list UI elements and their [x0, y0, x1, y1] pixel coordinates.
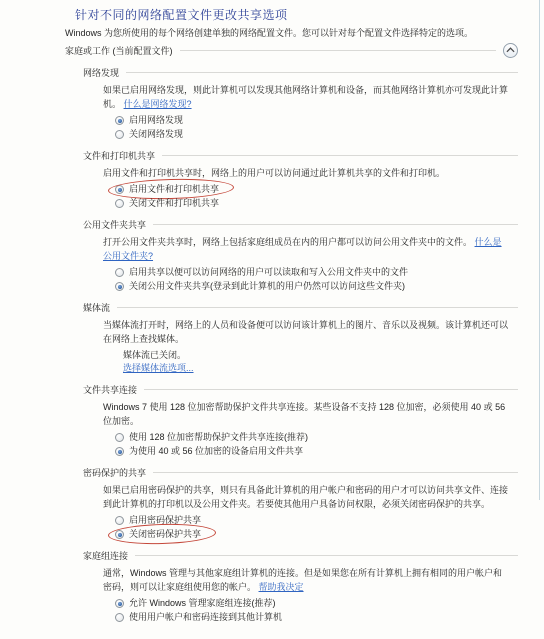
section-password-protected-sharing: 密码保护的共享 如果已启用密码保护的共享，则只有具备此计算机的用户帐户和密码的用… [65, 466, 518, 541]
page-subtitle: Windows 为您所使用的每个网络创建单独的网络配置文件。您可以针对每个配置文… [65, 28, 518, 39]
section-title: 家庭组连接 [83, 549, 128, 562]
radio-option-disable-network-discovery[interactable]: 关闭网络发现 [115, 128, 183, 141]
section-description: 启用文件和打印机共享时，网络上的用户可以访问通过此计算机共享的文件和打印机。 [103, 166, 508, 180]
radio-option-disable-password-protected-sharing[interactable]: 关闭密码保护共享 [115, 528, 201, 541]
page-title: 针对不同的网络配置文件更改共享选项 [75, 8, 518, 23]
radio-option-enable-file-printer-sharing[interactable]: 启用文件和打印机共享 [115, 183, 219, 196]
radio-icon[interactable] [115, 130, 124, 139]
radio-option-disable-public-folder-sharing[interactable]: 关闭公用文件夹共享(登录到此计算机的用户仍然可以访问这些文件夹) [115, 280, 405, 293]
section-network-discovery: 网络发现 如果已启用网络发现，则此计算机可以发现其他网络计算机和设备，而其他网络… [65, 66, 518, 141]
section-file-sharing-connections: 文件共享连接 Windows 7 使用 128 位加密帮助保护文件共享连接。某些… [65, 383, 518, 458]
radio-icon[interactable] [115, 116, 124, 125]
whats-network-discovery-link[interactable]: 什么是网络发现? [124, 99, 192, 109]
radio-icon[interactable] [115, 433, 124, 442]
radio-icon[interactable] [115, 199, 124, 208]
help-me-decide-link[interactable]: 帮助我决定 [259, 582, 304, 592]
chevron-up-icon [506, 47, 515, 53]
section-title: 密码保护的共享 [83, 466, 146, 479]
divider [162, 155, 518, 156]
section-description: 打开公用文件夹共享时，网络上包括家庭组成员在内的用户都可以访问公用文件夹中的文件… [103, 235, 508, 263]
radio-option-disable-file-printer-sharing[interactable]: 关闭文件和打印机共享 [115, 197, 219, 210]
profile-group-header: 家庭或工作 (当前配置文件) [65, 42, 518, 58]
radio-option-128bit-encryption[interactable]: 使用 128 位加密帮助保护文件共享连接(推荐) [115, 431, 308, 444]
section-description: Windows 7 使用 128 位加密帮助保护文件共享连接。某些设备不支持 1… [103, 400, 508, 428]
section-homegroup-connections: 家庭组连接 通常，Windows 管理与其他家庭组计算机的连接。但是如果您在所有… [65, 549, 518, 624]
collapse-section-button[interactable] [503, 43, 518, 58]
section-title: 网络发现 [83, 66, 119, 79]
section-title: 媒体流 [83, 301, 110, 314]
divider [135, 555, 518, 556]
radio-option-enable-public-folder-sharing[interactable]: 启用共享以便可以访问网络的用户可以读取和写入公用文件夹中的文件 [115, 266, 408, 279]
section-description: 如果已启用网络发现，则此计算机可以发现其他网络计算机和设备，而其他网络计算机亦可… [103, 83, 508, 111]
section-title: 文件共享连接 [83, 383, 137, 396]
radio-option-enable-password-protected-sharing[interactable]: 启用密码保护共享 [115, 514, 201, 527]
section-title: 公用文件夹共享 [83, 218, 146, 231]
section-description: 通常，Windows 管理与其他家庭组计算机的连接。但是如果您在所有计算机上拥有… [103, 566, 508, 594]
divider [153, 224, 518, 225]
divider [117, 307, 518, 308]
section-description: 当媒体流打开时，网络上的人员和设备便可以访问该计算机上的图片、音乐以及视频。该计… [103, 318, 508, 346]
divider [126, 72, 518, 73]
window-edge-line [539, 0, 540, 500]
radio-icon[interactable] [115, 613, 124, 622]
radio-option-allow-windows-manage-homegroup[interactable]: 允许 Windows 管理家庭组连接(推荐) [115, 597, 276, 610]
radio-icon[interactable] [115, 282, 124, 291]
radio-option-enable-network-discovery[interactable]: 启用网络发现 [115, 114, 183, 127]
section-file-printer-sharing: 文件和打印机共享 启用文件和打印机共享时，网络上的用户可以访问通过此计算机共享的… [65, 149, 518, 210]
section-title: 文件和打印机共享 [83, 149, 155, 162]
divider [180, 50, 497, 51]
radio-option-use-user-accounts[interactable]: 使用用户帐户和密码连接到其他计算机 [115, 611, 282, 624]
radio-icon[interactable] [115, 447, 124, 456]
media-streaming-status: 媒体流已关闭。 [123, 349, 518, 362]
divider [144, 389, 518, 390]
radio-icon[interactable] [115, 185, 124, 194]
profile-group-label: 家庭或工作 (当前配置文件) [65, 44, 173, 57]
radio-icon[interactable] [115, 599, 124, 608]
advanced-sharing-settings-page: 针对不同的网络配置文件更改共享选项 Windows 为您所使用的每个网络创建单独… [0, 0, 544, 639]
choose-media-streaming-options-link[interactable]: 选择媒体流选项... [123, 363, 194, 373]
radio-icon[interactable] [115, 530, 124, 539]
section-public-folder-sharing: 公用文件夹共享 打开公用文件夹共享时，网络上包括家庭组成员在内的用户都可以访问公… [65, 218, 518, 293]
radio-option-40-56bit-encryption[interactable]: 为使用 40 或 56 位加密的设备启用文件共享 [115, 445, 303, 458]
section-media-streaming: 媒体流 当媒体流打开时，网络上的人员和设备便可以访问该计算机上的图片、音乐以及视… [65, 301, 518, 375]
radio-icon[interactable] [115, 268, 124, 277]
divider [153, 472, 518, 473]
radio-icon[interactable] [115, 516, 124, 525]
section-description: 如果已启用密码保护的共享，则只有具备此计算机的用户帐户和密码的用户才可以访问共享… [103, 483, 509, 511]
